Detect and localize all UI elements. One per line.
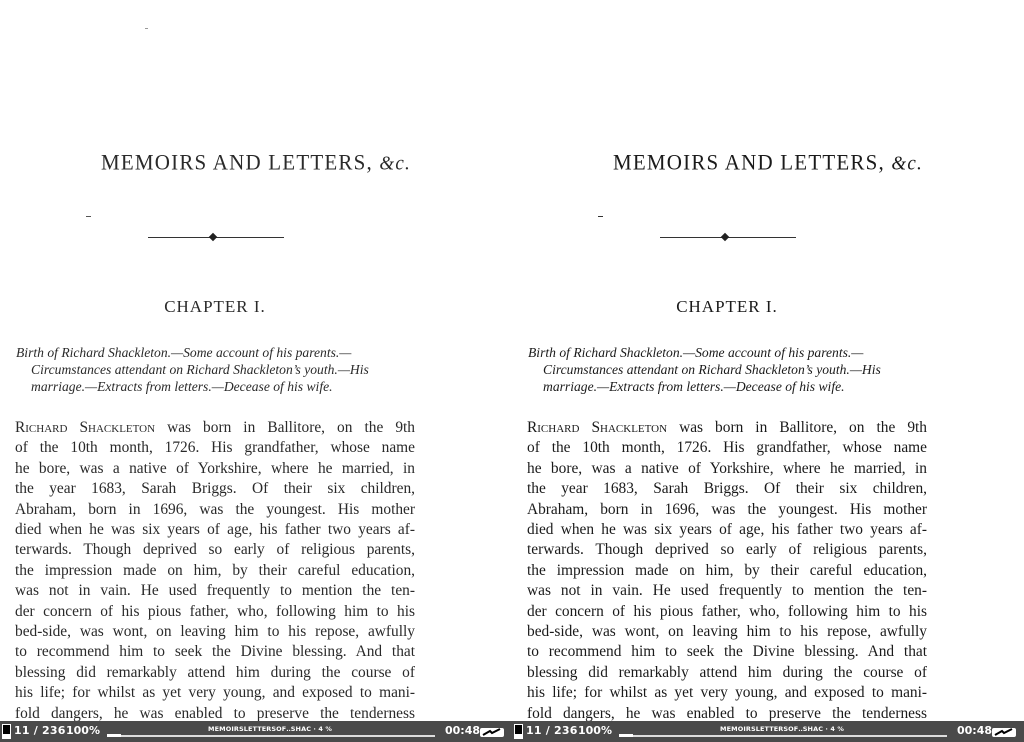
body-line: was not in vain. He used frequently to m… [15, 581, 415, 601]
reading-progress-bar[interactable] [107, 735, 435, 737]
running-title-text: MEMOIRS AND LETTERS, [613, 149, 885, 174]
synopsis-line: Birth of Richard Shackleton.—Some accoun… [528, 344, 928, 361]
body-line: blessing did remarkably attend him durin… [527, 663, 927, 683]
chapter-synopsis: Birth of Richard Shackleton.—Some accoun… [528, 344, 928, 395]
ornament-divider [660, 236, 796, 240]
body-line: to recommend him to seek the Divine bles… [15, 642, 415, 662]
body-line: he bore, was a native of Yorkshire, wher… [527, 459, 927, 479]
body-line: bed-side, was wont, on leaving him to hi… [527, 622, 927, 642]
diamond-ornament-icon [209, 233, 217, 241]
document-title: MEMOIRSLETTERSOF‥SHAC · 4 % [180, 725, 360, 733]
clock: 00:48 [957, 724, 992, 737]
body-line: blessing did remarkably attend him durin… [15, 663, 415, 683]
running-title: MEMOIRS AND LETTERS, &c. [512, 149, 1024, 175]
progress-fill [107, 734, 121, 737]
body-line: terwards. Though deprived so early of re… [527, 540, 927, 560]
synopsis-line: Birth of Richard Shackleton.—Some accoun… [16, 344, 416, 361]
body-text: Richard Shackleton was born in Ballitore… [527, 418, 927, 721]
synopsis-line: marriage.—Extracts from letters.—Decease… [528, 378, 928, 395]
body-line-text: was born in Ballitore, on the 9th [155, 419, 415, 436]
scan-speck [598, 216, 603, 217]
reading-progress-bar[interactable] [619, 735, 947, 737]
synopsis-line: Circumstances attendant on Richard Shack… [16, 361, 416, 378]
body-line: his life; for whilst as yet very young, … [527, 683, 927, 703]
ornament-divider [148, 236, 284, 240]
body-line: Richard Shackleton was born in Ballitore… [527, 418, 927, 438]
book-page[interactable]: MEMOIRS AND LETTERS, &c. CHAPTER I. Birt… [512, 0, 1024, 721]
body-line: bed-side, was wont, on leaving him to hi… [15, 622, 415, 642]
body-line: fold dangers, he was enabled to preserve… [527, 704, 927, 721]
reader-pane-right[interactable]: MEMOIRS AND LETTERS, &c. CHAPTER I. Birt… [512, 0, 1024, 742]
page-count[interactable]: 11 / 236 [14, 724, 66, 737]
lead-name: Richard Shackleton [527, 419, 667, 436]
diamond-ornament-icon [721, 233, 729, 241]
clock: 00:48 [445, 724, 480, 737]
page-position-icon [514, 724, 523, 739]
zoom-level[interactable]: 100% [578, 724, 612, 737]
chapter-synopsis: Birth of Richard Shackleton.—Some accoun… [16, 344, 416, 395]
chapter-heading: CHAPTER I. [512, 297, 942, 317]
body-line: of the 10th month, 1726. His grandfather… [527, 438, 927, 458]
status-bar: 11 / 236 100% MEMOIRSLETTERSOF‥SHAC · 4 … [0, 721, 512, 742]
body-line: was not in vain. He used frequently to m… [527, 581, 927, 601]
reader-pane-left[interactable]: MEMOIRS AND LETTERS, &c. CHAPTER I. Birt… [0, 0, 512, 742]
chapter-heading: CHAPTER I. [0, 297, 430, 317]
body-line: Abraham, born in 1696, was the youngest.… [15, 500, 415, 520]
progress-fill [619, 734, 633, 737]
scan-speck [86, 216, 91, 217]
body-line: the impression made on him, by their car… [15, 561, 415, 581]
body-line: terwards. Though deprived so early of re… [15, 540, 415, 560]
synopsis-line: marriage.—Extracts from letters.—Decease… [16, 378, 416, 395]
book-page[interactable]: MEMOIRS AND LETTERS, &c. CHAPTER I. Birt… [0, 0, 512, 721]
body-line: fold dangers, he was enabled to preserve… [15, 704, 415, 721]
body-line: der concern of his pious father, who, fo… [527, 602, 927, 622]
body-line: Abraham, born in 1696, was the youngest.… [527, 500, 927, 520]
body-line: the year 1683, Sarah Briggs. Of their si… [527, 479, 927, 499]
battery-charging-icon [992, 728, 1016, 737]
lead-name: Richard Shackleton [15, 419, 155, 436]
body-line: to recommend him to seek the Divine bles… [527, 642, 927, 662]
battery-charging-icon [480, 728, 504, 737]
body-line: his life; for whilst as yet very young, … [15, 683, 415, 703]
page-count[interactable]: 11 / 236 [526, 724, 578, 737]
body-line: the year 1683, Sarah Briggs. Of their si… [15, 479, 415, 499]
body-line: Richard Shackleton was born in Ballitore… [15, 418, 415, 438]
running-title-text: MEMOIRS AND LETTERS, [101, 149, 373, 174]
running-title-suffix: &c. [379, 153, 411, 175]
body-line-text: was born in Ballitore, on the 9th [667, 419, 927, 436]
body-line: der concern of his pious father, who, fo… [15, 602, 415, 622]
running-title-suffix: &c. [891, 153, 923, 175]
running-title: MEMOIRS AND LETTERS, &c. [0, 149, 512, 175]
body-text: Richard Shackleton was born in Ballitore… [15, 418, 415, 721]
scan-speck [145, 28, 148, 29]
body-line: died when he was six years of age, his f… [527, 520, 927, 540]
synopsis-line: Circumstances attendant on Richard Shack… [528, 361, 928, 378]
body-line: the impression made on him, by their car… [527, 561, 927, 581]
body-line: died when he was six years of age, his f… [15, 520, 415, 540]
body-line: he bore, was a native of Yorkshire, wher… [15, 459, 415, 479]
status-bar: 11 / 236 100% MEMOIRSLETTERSOF‥SHAC · 4 … [512, 721, 1024, 742]
document-title: MEMOIRSLETTERSOF‥SHAC · 4 % [692, 725, 872, 733]
zoom-level[interactable]: 100% [66, 724, 100, 737]
body-line: of the 10th month, 1726. His grandfather… [15, 438, 415, 458]
page-position-icon [2, 724, 11, 739]
